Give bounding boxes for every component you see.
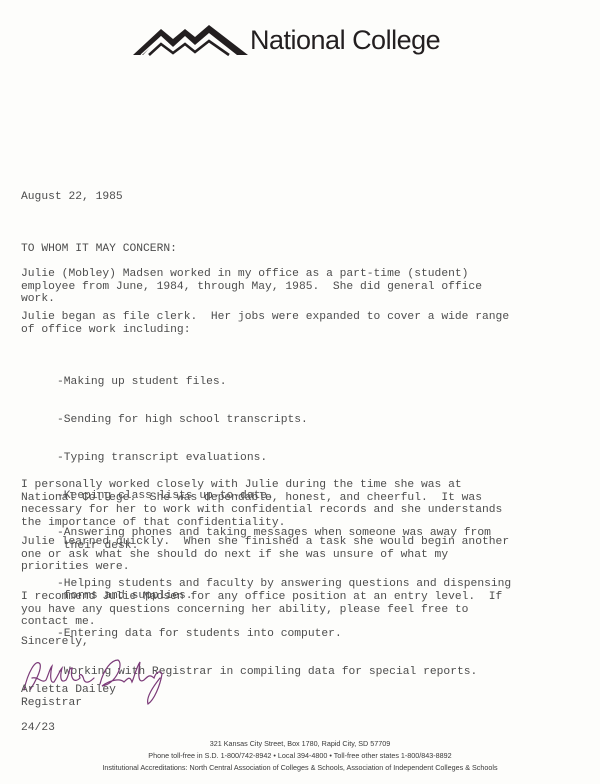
- footer-accreditations: Institutional Accreditations: North Cent…: [0, 762, 600, 774]
- duty-item: -Entering data for students into compute…: [57, 628, 511, 641]
- signer-name: Arletta Dailey: [21, 684, 116, 697]
- paragraph-character: I personally worked closely with Julie d…: [21, 479, 502, 529]
- footer-phones: Phone toll-free in S.D. 1-800/742-8942 •…: [0, 750, 600, 762]
- closing: Sincerely,: [21, 636, 89, 649]
- institution-name: National College: [250, 27, 440, 54]
- mountain-logo-icon: [133, 23, 248, 57]
- duty-item: -Making up student files.: [57, 376, 511, 389]
- paragraph-recommendation: I recommend Julie Madsen for any office …: [21, 591, 502, 629]
- signer-title: Registrar: [21, 697, 82, 710]
- paragraph-learning: Julie learned quickly. When she finished…: [21, 536, 509, 574]
- footer-address: 321 Kansas City Street, Box 1780, Rapid …: [0, 738, 600, 750]
- duty-item: -Sending for high school transcripts.: [57, 414, 511, 427]
- duty-item: -Typing transcript evaluations.: [57, 452, 511, 465]
- salutation: TO WHOM IT MAY CONCERN:: [21, 243, 177, 256]
- reference-initials: 24/23: [21, 722, 55, 735]
- letterhead-logo: National College: [133, 22, 440, 58]
- paragraph-employment: Julie (Mobley) Madsen worked in my offic…: [21, 268, 482, 306]
- paragraph-duties-intro: Julie began as file clerk. Her jobs were…: [21, 311, 509, 336]
- letter-date: August 22, 1985: [21, 191, 123, 204]
